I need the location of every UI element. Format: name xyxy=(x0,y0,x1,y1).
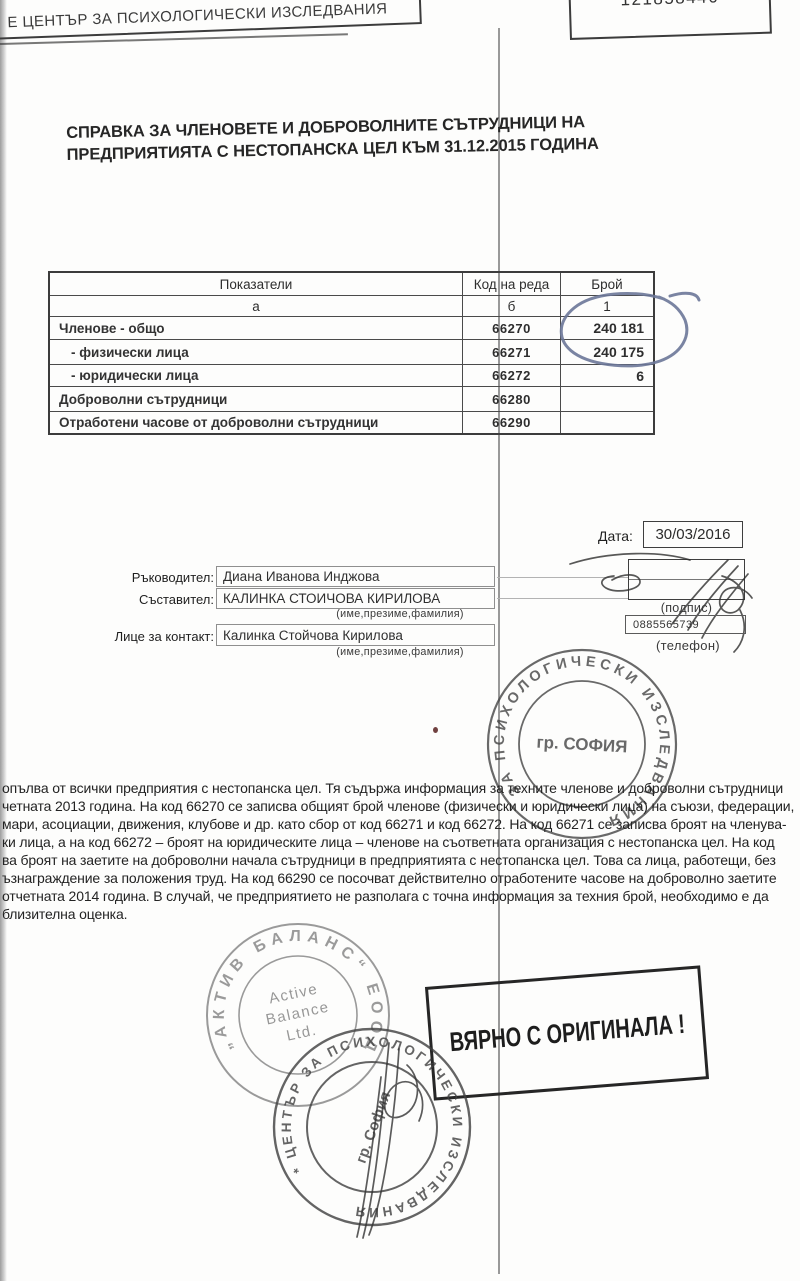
manager-name: Диана Иванова Инджова xyxy=(223,569,379,584)
pen-circle-annotation xyxy=(552,284,702,380)
org-id-box: 121858446 xyxy=(568,0,772,40)
body-text-line: ва броят на заетите на доброволни начала… xyxy=(2,851,800,869)
form-title: СПРАВКА ЗА ЧЛЕНОВЕТЕ И ДОБРОВОЛНИТЕ СЪТР… xyxy=(66,109,667,166)
row-code: 66271 xyxy=(463,340,561,365)
body-text-line: четната 2013 година. На код 66270 се зап… xyxy=(2,797,800,815)
name-format-hint: (име,презиме,фамилия) xyxy=(300,608,500,620)
signature-hint: (подпис) xyxy=(628,601,745,615)
body-text-line: отчетната 2014 година. В случай, че пред… xyxy=(2,887,800,905)
date-label: Дата: xyxy=(598,528,633,544)
row-indicator: Отработени часове от доброволни сътрудни… xyxy=(50,412,463,433)
name-format-hint: (име,презиме,фамилия) xyxy=(300,646,500,658)
body-text-line: опълва от всички предприятия с нестопанс… xyxy=(2,779,800,797)
stamp-center-text: гр. СОФИЯ xyxy=(536,733,628,757)
contact-label: Лице за контакт: xyxy=(60,629,214,644)
col-header-code: Код на реда xyxy=(463,273,561,296)
row-code: 66290 xyxy=(463,412,561,433)
date-value: 30/03/2016 xyxy=(655,526,730,543)
row-indicator: - физически лица xyxy=(50,340,463,365)
compiler-label: Съставител: xyxy=(70,592,214,607)
row-code: 66272 xyxy=(463,365,561,387)
body-text-line: мари, асоциации, движения, клубове и др.… xyxy=(2,815,800,833)
col-subheader-b: б xyxy=(463,296,561,317)
org-name: Е ЦЕНТЪР ЗА ПСИХОЛОГИЧЕСКИ ИЗСЛЕДВАНИЯ xyxy=(7,0,387,31)
phone-field: 0885565739 xyxy=(625,615,746,634)
col-subheader-a: а xyxy=(50,296,463,317)
contact-name: Калинка Стойчова Кирилова xyxy=(223,628,403,643)
org-id-number: 121858446 xyxy=(571,0,770,12)
body-text-line: ъзнаграждение за положения труд. На код … xyxy=(2,869,800,887)
row-code: 66280 xyxy=(463,387,561,412)
row-code: 66270 xyxy=(463,317,561,340)
psych-center-stamp: * ЦЕНТЪР ЗА ПСИХОЛОГИЧЕСКИ ИЗСЛЕДВАНИЯ г… xyxy=(269,1023,475,1263)
body-text-line: близителна оценка. xyxy=(2,905,800,923)
date-value-box: 30/03/2016 xyxy=(643,521,743,548)
col-header-indicators: Показатели xyxy=(50,273,463,296)
row-indicator: - юридически лица xyxy=(50,365,463,387)
true-copy-text: ВЯРНО С ОРИГИНАЛА ! xyxy=(448,1008,685,1057)
org-name-box: Е ЦЕНТЪР ЗА ПСИХОЛОГИЧЕСКИ ИЗСЛЕДВАНИЯ xyxy=(0,0,422,40)
body-text-line: ки лица, а на код 66272 – броят на юриди… xyxy=(2,833,800,851)
row-count xyxy=(561,387,653,412)
manager-name-field: Диана Иванова Инджова xyxy=(216,566,495,587)
ink-dot xyxy=(433,727,438,733)
scan-edge-shadow xyxy=(0,0,7,1281)
scanned-form-page: Е ЦЕНТЪР ЗА ПСИХОЛОГИЧЕСКИ ИЗСЛЕДВАНИЯ 1… xyxy=(0,0,800,1281)
body-text: опълва от всички предприятия с нестопанс… xyxy=(2,779,800,923)
row-count xyxy=(561,412,653,433)
compiler-name: КАЛИНКА СТОИЧОВА КИРИЛОВА xyxy=(223,591,440,606)
compiler-name-field: КАЛИНКА СТОИЧОВА КИРИЛОВА xyxy=(216,588,495,609)
phone-number: 0885565739 xyxy=(633,619,699,631)
row-indicator: Членове - общо xyxy=(50,317,463,340)
row-indicator: Доброволни сътрудници xyxy=(50,387,463,412)
manager-label: Ръководител: xyxy=(70,570,214,585)
contact-name-field: Калинка Стойчова Кирилова xyxy=(216,624,495,646)
